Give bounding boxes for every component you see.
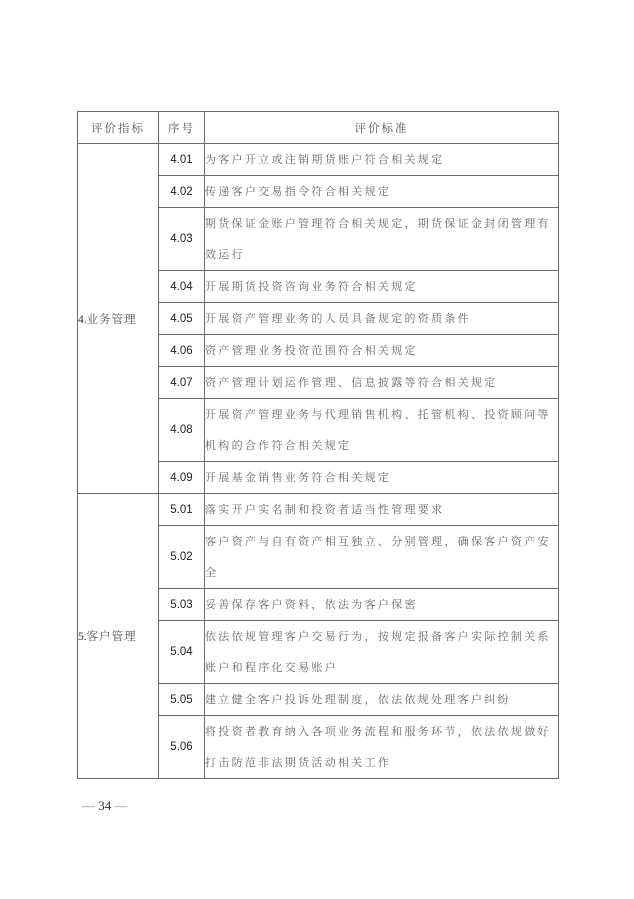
standard-cell: 资产管理业务投资范围符合相关规定 bbox=[205, 335, 559, 367]
standard-cell: 资产管理计划运作管理、信息披露等符合相关规定 bbox=[205, 367, 559, 399]
standard-cell: 期货保证金账户管理符合相关规定，期货保证金封闭管理有效运行 bbox=[205, 208, 559, 271]
seq-cell: 4.06 bbox=[159, 335, 205, 367]
header-standard: 评价标准 bbox=[205, 112, 559, 144]
seq-cell: 5.02 bbox=[159, 526, 205, 589]
seq-cell: 5.03 bbox=[159, 589, 205, 621]
standard-cell: 开展基金销售业务符合相关规定 bbox=[205, 462, 559, 494]
page-number: 34 bbox=[98, 798, 111, 813]
category-label: 业务管理 bbox=[87, 312, 137, 326]
header-seq: 序号 bbox=[159, 112, 205, 144]
seq-cell: 4.09 bbox=[159, 462, 205, 494]
table-row: 4.业务管理 4.01 为客户开立或注销期货账户符合相关规定 bbox=[78, 144, 559, 176]
standard-cell: 开展期货投资咨询业务符合相关规定 bbox=[205, 271, 559, 303]
seq-cell: 4.08 bbox=[159, 399, 205, 462]
seq-cell: 4.04 bbox=[159, 271, 205, 303]
standard-cell: 将投资者教育纳入各项业务流程和服务环节，依法依规做好打击防范非法期货活动相关工作 bbox=[205, 716, 559, 779]
category-cell-business: 4.业务管理 bbox=[78, 144, 159, 494]
header-indicator: 评价指标 bbox=[78, 112, 159, 144]
standard-cell: 开展资产管理业务与代理销售机构、托管机构、投资顾问等机构的合作符合相关规定 bbox=[205, 399, 559, 462]
standard-cell: 客户资产与自有资产相互独立、分别管理，确保客户资产安全 bbox=[205, 526, 559, 589]
standard-cell: 妥善保存客户资料，依法为客户保密 bbox=[205, 589, 559, 621]
seq-cell: 5.06 bbox=[159, 716, 205, 779]
standard-cell: 开展资产管理业务的人员具备规定的资质条件 bbox=[205, 303, 559, 335]
standard-cell: 依法依规管理客户交易行为，按规定报备客户实际控制关系账户和程序化交易账户 bbox=[205, 621, 559, 684]
seq-cell: 4.02 bbox=[159, 176, 205, 208]
footer-dash-left: — bbox=[82, 798, 95, 813]
category-number: 4. bbox=[78, 314, 87, 326]
seq-cell: 4.07 bbox=[159, 367, 205, 399]
seq-cell: 4.01 bbox=[159, 144, 205, 176]
standard-cell: 建立健全客户投诉处理制度，依法依规处理客户纠纷 bbox=[205, 684, 559, 716]
seq-cell: 4.03 bbox=[159, 208, 205, 271]
seq-cell: 4.05 bbox=[159, 303, 205, 335]
table-header-row: 评价指标 序号 评价标准 bbox=[78, 112, 559, 144]
standard-cell: 落实开户实名制和投资者适当性管理要求 bbox=[205, 494, 559, 526]
document-page: 评价指标 序号 评价标准 4.业务管理 4.01 为客户开立或注销期货账户符合相… bbox=[0, 0, 634, 899]
footer-dash-right: — bbox=[115, 798, 128, 813]
standard-cell: 传递客户交易指令符合相关规定 bbox=[205, 176, 559, 208]
standard-cell: 为客户开立或注销期货账户符合相关规定 bbox=[205, 144, 559, 176]
category-number: 5. bbox=[78, 631, 87, 643]
table-row: 5.客户管理 5.01 落实开户实名制和投资者适当性管理要求 bbox=[78, 494, 559, 526]
category-label: 客户管理 bbox=[87, 629, 137, 643]
category-cell-customer: 5.客户管理 bbox=[78, 494, 159, 779]
seq-cell: 5.01 bbox=[159, 494, 205, 526]
evaluation-table: 评价指标 序号 评价标准 4.业务管理 4.01 为客户开立或注销期货账户符合相… bbox=[77, 111, 559, 779]
page-footer: — 34 — bbox=[82, 798, 128, 814]
seq-cell: 5.05 bbox=[159, 684, 205, 716]
seq-cell: 5.04 bbox=[159, 621, 205, 684]
